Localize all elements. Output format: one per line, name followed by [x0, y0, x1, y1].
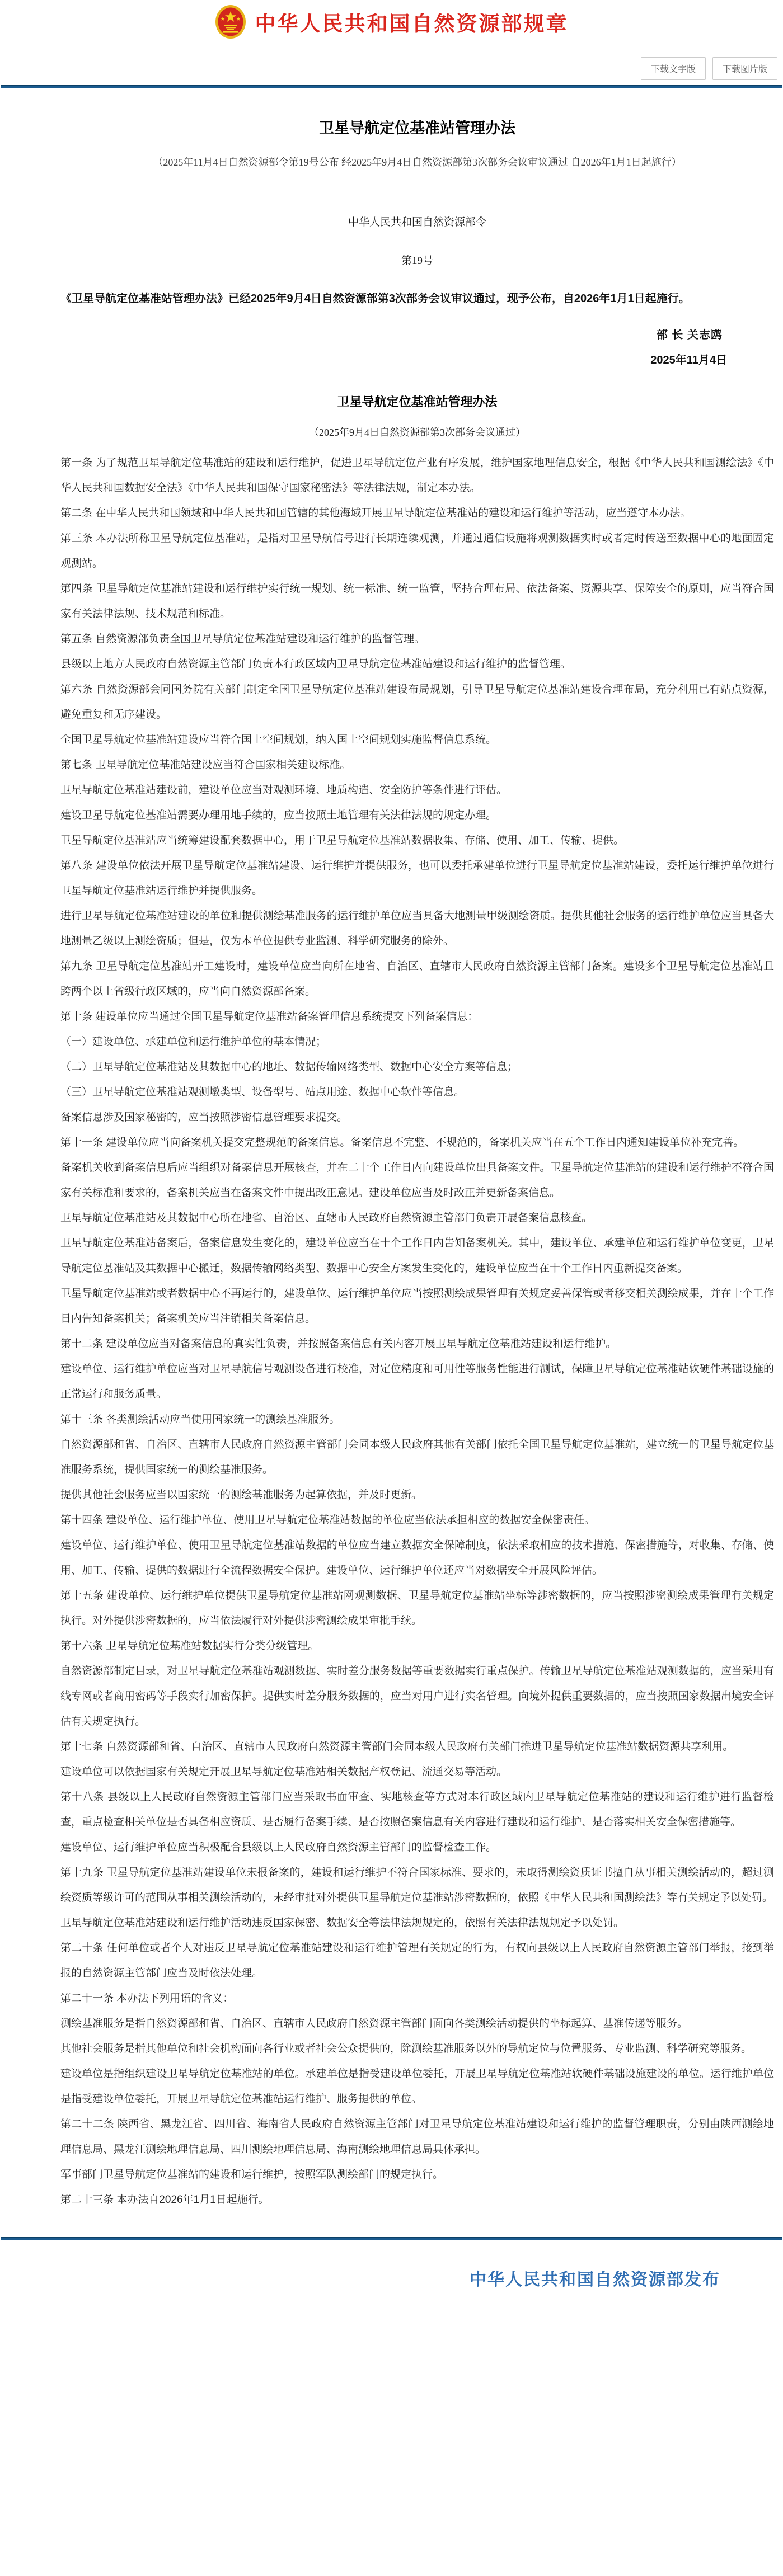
law-paragraph: 自然资源部和省、自治区、直辖市人民政府自然资源主管部门会同本级人民政府其他有关部…	[60, 1432, 774, 1482]
decree-body: 《卫星导航定位基准站管理办法》已经2025年9月4日自然资源部第3次部务会议审议…	[60, 283, 774, 314]
download-toolbar: 下载文字版 下载图片版	[641, 57, 777, 80]
download-image-button[interactable]: 下载图片版	[712, 57, 777, 80]
document-content: 卫星导航定位基准站管理办法 （2025年11月4日自然资源部令第19号公布 经2…	[0, 116, 783, 2212]
law-paragraph: 第二十条 任何单位或者个人对违反卫星导航定位基准站建设和运行维护管理有关规定的行…	[60, 1935, 774, 1986]
law-paragraph: 卫星导航定位基准站或者数据中心不再运行的，建设单位、运行维护单位应当按照测绘成果…	[60, 1281, 774, 1331]
law-paragraph: 第十五条 建设单位、运行维护单位提供卫星导航定位基准站网观测数据、卫星导航定位基…	[60, 1583, 774, 1633]
law-paragraph: 备案信息涉及国家秘密的，应当按照涉密信息管理要求提交。	[60, 1105, 774, 1130]
law-paragraph: 第二十三条 本办法自2026年1月1日起施行。	[60, 2187, 774, 2212]
law-paragraph: 其他社会服务是指其他单位和社会机构面向各行业或者社会公众提供的，除测绘基准服务以…	[60, 2036, 774, 2061]
law-paragraph: （一）建设单位、承建单位和运行维护单位的基本情况；	[60, 1029, 774, 1054]
law-paragraph: 第十六条 卫星导航定位基准站数据实行分类分级管理。	[60, 1633, 774, 1659]
law-paragraph: 第六条 自然资源部会同国务院有关部门制定全国卫星导航定位基准站建设布局规划，引导…	[60, 677, 774, 727]
law-paragraph: 建设单位是指组织建设卫星导航定位基准站的单位。承建单位是指受建设单位委托，开展卫…	[60, 2061, 774, 2112]
law-paragraph: 卫星导航定位基准站应当统筹建设配套数据中心，用于卫星导航定位基准站数据收集、存储…	[60, 828, 774, 853]
law-paragraph: 第四条 卫星导航定位基准站建设和运行维护实行统一规划、统一标准、统一监管，坚持合…	[60, 576, 774, 627]
law-paragraph: 第十一条 建设单位应当向备案机关提交完整规范的备案信息。备案信息不完整、不规范的…	[60, 1130, 774, 1155]
national-emblem-icon	[215, 4, 246, 39]
publication-line: （2025年11月4日自然资源部令第19号公布 经2025年9月4日自然资源部第…	[60, 154, 774, 169]
law-paragraph: 第三条 本办法所称卫星导航定位基准站，是指对卫星导航信号进行长期连续观测，并通过…	[60, 526, 774, 576]
law-paragraph: 卫星导航定位基准站备案后，备案信息发生变化的，建设单位应当在十个工作日内告知备案…	[60, 1231, 774, 1281]
law-paragraph: 第十八条 县级以上人民政府自然资源主管部门应当采取书面审查、实地核查等方式对本行…	[60, 1784, 774, 1835]
law-paragraph: 第八条 建设单位依法开展卫星导航定位基准站建设、运行维护并提供服务，也可以委托承…	[60, 853, 774, 903]
law-paragraph: 全国卫星导航定位基准站建设应当符合国土空间规划，纳入国土空间规划实施监督信息系统…	[60, 727, 774, 752]
law-paragraph: 第十条 建设单位应当通过全国卫星导航定位基准站备案管理信息系统提交下列备案信息：	[60, 1004, 774, 1029]
law-paragraph: 备案机关收到备案信息后应当组织对备案信息开展核查，并在二十个工作日内向建设单位出…	[60, 1155, 774, 1205]
law-paragraph: 卫星导航定位基准站建设和运行维护活动违反国家保密、数据安全等法律法规规定的，依照…	[60, 1910, 774, 1935]
decree-date: 2025年11月4日	[60, 351, 774, 367]
law-paragraph: 第十九条 卫星导航定位基准站建设单位未报备案的，建设和运行维护不符合国家标准、要…	[60, 1860, 774, 1910]
law-paragraph: 第一条 为了规范卫星导航定位基准站的建设和运行维护，促进卫星导航定位产业有序发展…	[60, 450, 774, 501]
law-paragraph: （三）卫星导航定位基准站观测墩类型、设备型号、站点用途、数据中心软件等信息。	[60, 1080, 774, 1105]
decree-issuing-org: 中华人民共和国自然资源部令	[60, 214, 774, 229]
law-paragraph: 第十七条 自然资源部和省、自治区、直辖市人民政府自然资源主管部门会同本级人民政府…	[60, 1734, 774, 1759]
law-paragraph: 建设单位、运行维护单位应当对卫星导航信号观测设备进行校准，对定位精度和可用性等服…	[60, 1357, 774, 1407]
page: { "header": { "site_title": "中华人民共和国自然资源…	[0, 0, 783, 2314]
decree-number: 第19号	[60, 252, 774, 267]
law-paragraph: 第五条 自然资源部负责全国卫星导航定位基准站建设和运行维护的监督管理。	[60, 627, 774, 652]
law-paragraph: 第二十二条 陕西省、黑龙江省、四川省、海南省人民政府自然资源主管部门对卫星导航定…	[60, 2112, 774, 2162]
law-paragraph: 第二条 在中华人民共和国领域和中华人民共和国管辖的其他海域开展卫星导航定位基准站…	[60, 501, 774, 526]
law-paragraph: 卫星导航定位基准站建设前，建设单位应当对观测环境、地质构造、安全防护等条件进行评…	[60, 778, 774, 803]
law-paragraph: 县级以上地方人民政府自然资源主管部门负责本行政区域内卫星导航定位基准站建设和运行…	[60, 652, 774, 677]
law-paragraph: 第十三条 各类测绘活动应当使用国家统一的测绘基准服务。	[60, 1407, 774, 1432]
law-paragraph: 第十四条 建设单位、运行维护单位、使用卫星导航定位基准站数据的单位应当依法承担相…	[60, 1508, 774, 1533]
law-paragraph: （二）卫星导航定位基准站及其数据中心的地址、数据传输网络类型、数据中心安全方案等…	[60, 1054, 774, 1080]
publisher-footer: 中华人民共和国自然资源部发布	[0, 2240, 783, 2314]
law-paragraph: 第九条 卫星导航定位基准站开工建设时，建设单位应当向所在地省、自治区、直辖市人民…	[60, 954, 774, 1004]
site-title: 中华人民共和国自然资源部规章	[255, 7, 569, 37]
minister-signature: 部 长 关志鸥	[60, 326, 774, 342]
regulation-title: 卫星导航定位基准站管理办法	[60, 116, 774, 138]
law-paragraph: 建设卫星导航定位基准站需要办理用地手续的，应当按照土地管理有关法律法规的规定办理…	[60, 803, 774, 828]
law-paragraph: 卫星导航定位基准站及其数据中心所在地省、自治区、直辖市人民政府自然资源主管部门负…	[60, 1205, 774, 1231]
brand: 中华人民共和国自然资源部规章	[0, 0, 783, 39]
law-paragraph: 建设单位可以依据国家有关规定开展卫星导航定位基准站相关数据产权登记、流通交易等活…	[60, 1759, 774, 1784]
decree-section: 中华人民共和国自然资源部令 第19号 《卫星导航定位基准站管理办法》已经2025…	[60, 214, 774, 367]
law-paragraph: 军事部门卫星导航定位基准站的建设和运行维护，按照军队测绘部门的规定执行。	[60, 2162, 774, 2187]
law-body: 第一条 为了规范卫星导航定位基准站的建设和运行维护，促进卫星导航定位产业有序发展…	[60, 450, 774, 2212]
law-paragraph: 测绘基准服务是指自然资源部和省、自治区、直辖市人民政府自然资源主管部门面向各类测…	[60, 2011, 774, 2036]
law-paragraph: 提供其他社会服务应当以国家统一的测绘基准服务为起算依据，并及时更新。	[60, 1482, 774, 1508]
download-text-button[interactable]: 下载文字版	[641, 57, 706, 80]
law-paragraph: 建设单位、运行维护单位、使用卫星导航定位基准站数据的单位应当建立数据安全保障制度…	[60, 1533, 774, 1583]
law-title: 卫星导航定位基准站管理办法	[60, 393, 774, 410]
law-paragraph: 进行卫星导航定位基准站建设的单位和提供测绘基准服务的运行维护单位应当具备大地测量…	[60, 903, 774, 954]
law-paragraph: 建设单位、运行维护单位应当积极配合县级以上人民政府自然资源主管部门的监督检查工作…	[60, 1835, 774, 1860]
law-paragraph: 第十二条 建设单位应当对备案信息的真实性负责，并按照备案信息有关内容开展卫星导航…	[60, 1331, 774, 1357]
law-section: 卫星导航定位基准站管理办法 （2025年9月4日自然资源部第3次部务会议通过） …	[60, 393, 774, 2212]
law-paragraph: 第二十一条 本办法下列用语的含义：	[60, 1986, 774, 2011]
law-paragraph: 自然资源部制定目录，对卫星导航定位基准站观测数据、实时差分服务数据等重要数据实行…	[60, 1659, 774, 1734]
law-paragraph: 第七条 卫星导航定位基准站建设应当符合国家相关建设标准。	[60, 752, 774, 778]
law-subtitle: （2025年9月4日自然资源部第3次部务会议通过）	[60, 425, 774, 439]
top-divider	[1, 85, 782, 88]
masthead: 中华人民共和国自然资源部规章 下载文字版 下载图片版	[0, 0, 783, 85]
